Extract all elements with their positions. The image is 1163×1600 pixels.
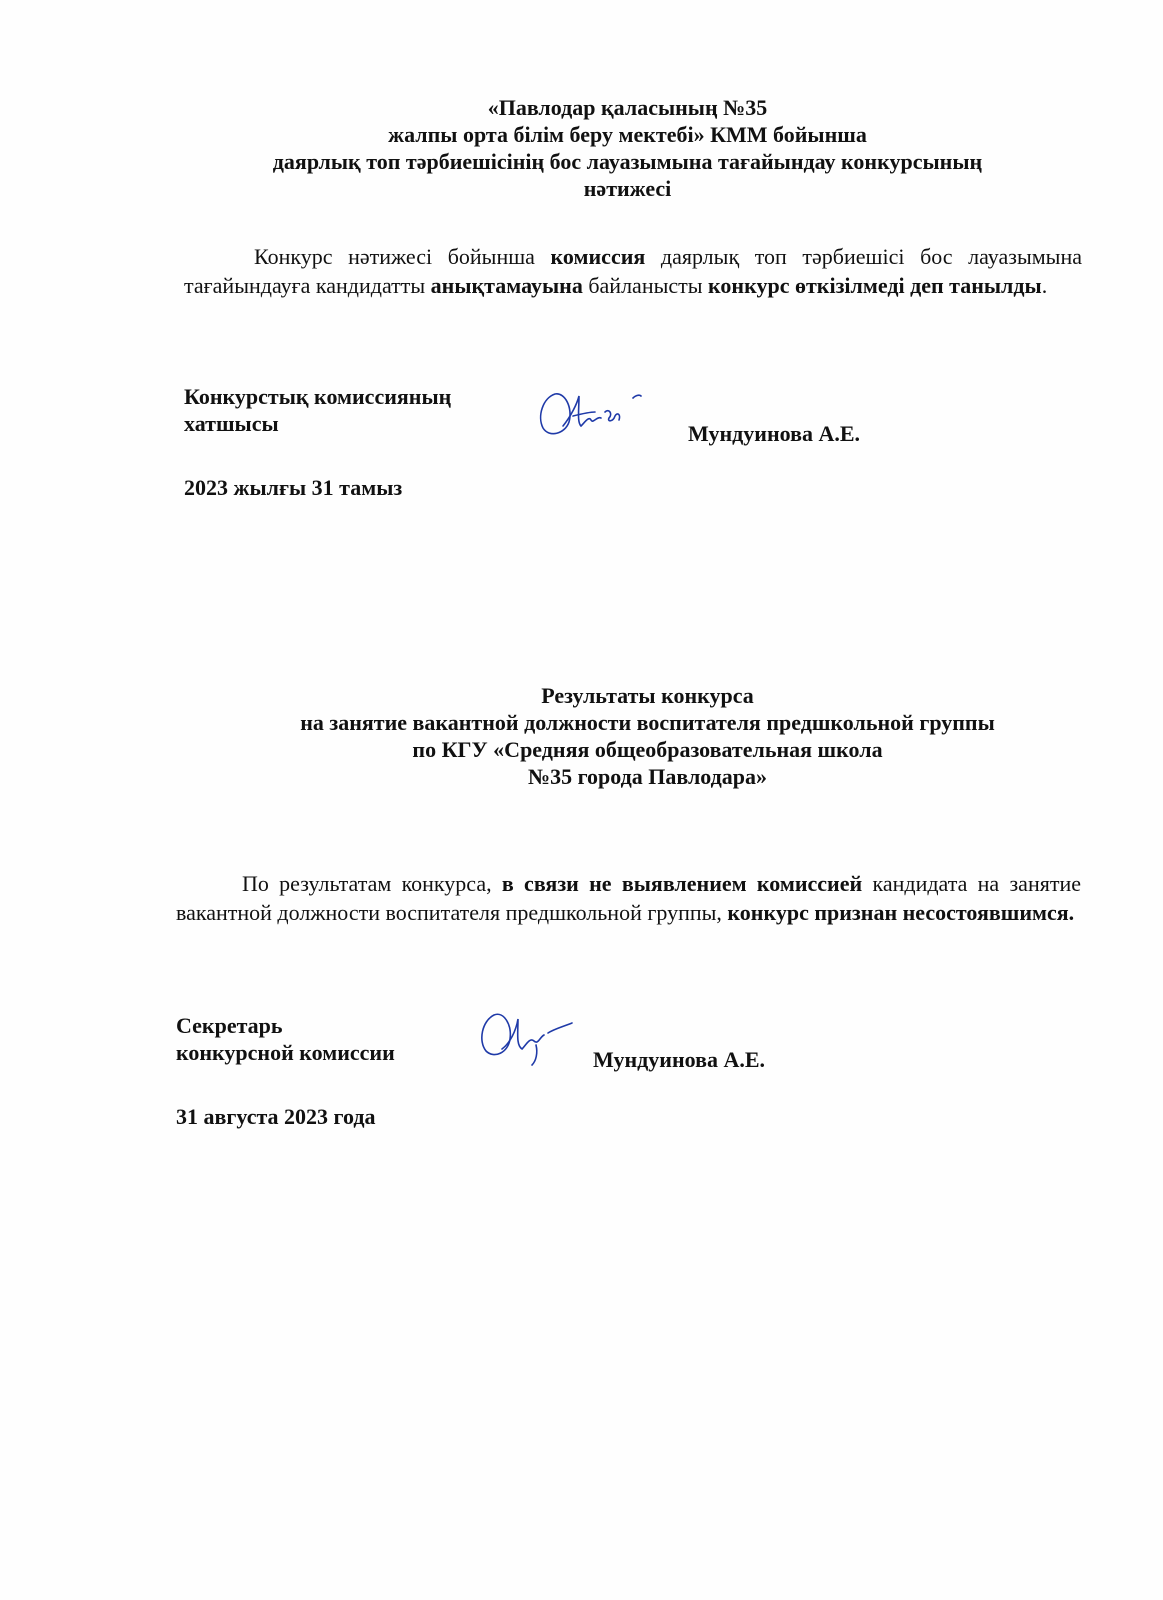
kazakh-date: 2023 жылғы 31 тамыз [184,474,402,501]
russian-title-line-3: по КГУ «Средняя общеобразовательная школ… [190,736,1105,763]
kazakh-title-line-4: нәтижесі [150,175,1105,202]
kazakh-signature-label-line-1: Конкурстық комиссияның [184,383,451,410]
russian-paragraph-bold-1: в связи не выявлением комиссией [502,871,862,896]
kazakh-title-line-1: «Павлодар қаласының №35 [150,94,1105,121]
kazakh-handwritten-signature [535,386,655,441]
kazakh-paragraph-bold-3: конкурс өткізілмеді деп танылды [708,273,1042,298]
russian-signer-name: Мундуинова А.Е. [593,1046,765,1073]
russian-title-line-2: на занятие вакантной должности воспитате… [190,709,1105,736]
kazakh-paragraph-bold-1: комиссия [551,244,646,269]
russian-handwritten-signature [476,1005,586,1070]
kazakh-paragraph-text-1: Конкурс нәтижесі бойынша [254,244,551,269]
russian-title-line-4: №35 города Павлодара» [190,763,1105,790]
russian-date: 31 августа 2023 года [176,1103,375,1130]
kazakh-paragraph-text-4: . [1042,273,1048,298]
russian-title-line-1: Результаты конкурса [190,682,1105,709]
russian-title: Результаты конкурса на занятие вакантной… [190,682,1105,790]
document-page: «Павлодар қаласының №35 жалпы орта білім… [0,0,1163,1600]
russian-paragraph-text-1: По результатам конкурса, [242,871,502,896]
kazakh-result-paragraph: Конкурс нәтижесі бойынша комиссия даярлы… [184,243,1082,300]
kazakh-title-line-2: жалпы орта білім беру мектебі» КММ бойын… [150,121,1105,148]
russian-signature-label-line-2: конкурсной комиссии [176,1039,395,1066]
kazakh-title: «Павлодар қаласының №35 жалпы орта білім… [150,94,1105,202]
kazakh-signature-label-line-2: хатшысы [184,410,451,437]
kazakh-paragraph-bold-2: анықтамауына [431,273,583,298]
russian-signature-label: Секретарь конкурсной комиссии [176,1012,395,1066]
russian-paragraph-bold-2: конкурс признан несостоявшимся. [727,900,1074,925]
kazakh-signer-name: Мундуинова А.Е. [688,420,860,447]
kazakh-title-line-3: даярлық топ тәрбиешісінің бос лауазымына… [150,148,1105,175]
russian-result-paragraph: По результатам конкурса, в связи не выяв… [176,870,1081,927]
russian-signature-label-line-1: Секретарь [176,1012,395,1039]
kazakh-paragraph-text-3: байланысты [583,273,708,298]
kazakh-signature-label: Конкурстық комиссияның хатшысы [184,383,451,437]
